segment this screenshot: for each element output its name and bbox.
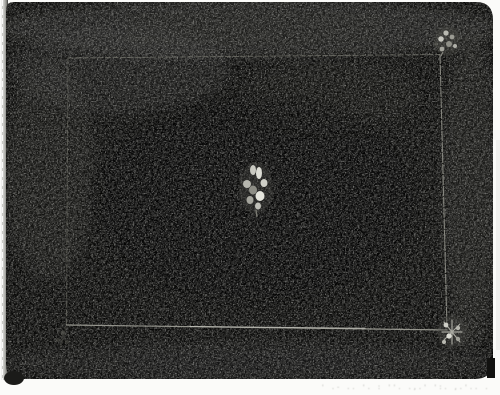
book-cover-photo bbox=[0, 0, 500, 395]
top-right-cornerpiece-icon bbox=[434, 26, 460, 56]
bottom-right-cornerpiece-icon bbox=[437, 316, 467, 348]
caption-illegible-text: ' .- .. '. : ''. .,.' ':. ,.'.. . ., ,.-… bbox=[321, 383, 496, 393]
corner-shadow-blob bbox=[4, 371, 24, 385]
right-edge-sliver bbox=[496, 140, 500, 350]
photo-stage: ' .- .. '. : ''. .,.' ':. ,.'.. . ., ,.-… bbox=[0, 0, 500, 395]
edge-dark-patch bbox=[487, 358, 495, 378]
book-cover bbox=[0, 0, 500, 395]
